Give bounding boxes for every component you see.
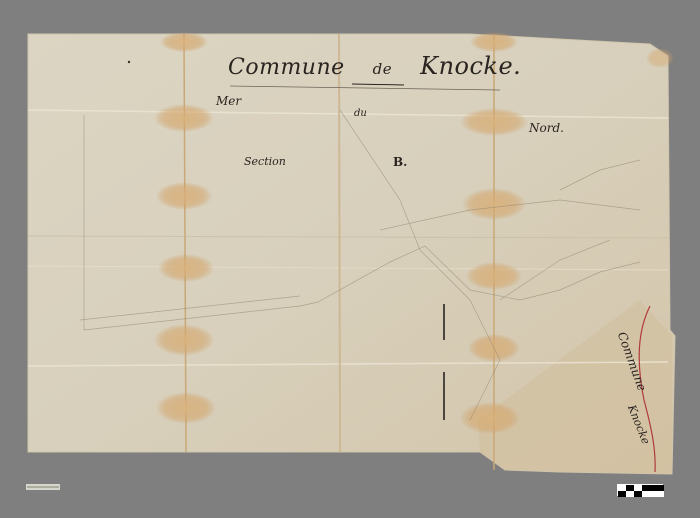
map-title: CommunedeKnocke. bbox=[228, 52, 521, 80]
label-du: du bbox=[354, 108, 367, 119]
grey-scale-bar bbox=[26, 484, 60, 490]
map-sheet: CommunedeKnocke. Mer du Nord. Section B.… bbox=[0, 0, 700, 518]
title-word-de: de bbox=[373, 60, 392, 78]
label-section: Section bbox=[244, 155, 286, 168]
title-word-knocke: Knocke. bbox=[420, 52, 521, 80]
checker-scale-bar bbox=[617, 484, 663, 496]
label-nord: Nord. bbox=[529, 121, 564, 135]
title-word-commune: Commune bbox=[228, 55, 345, 80]
label-mer: Mer bbox=[216, 94, 241, 108]
label-section-letter: B. bbox=[393, 155, 407, 169]
